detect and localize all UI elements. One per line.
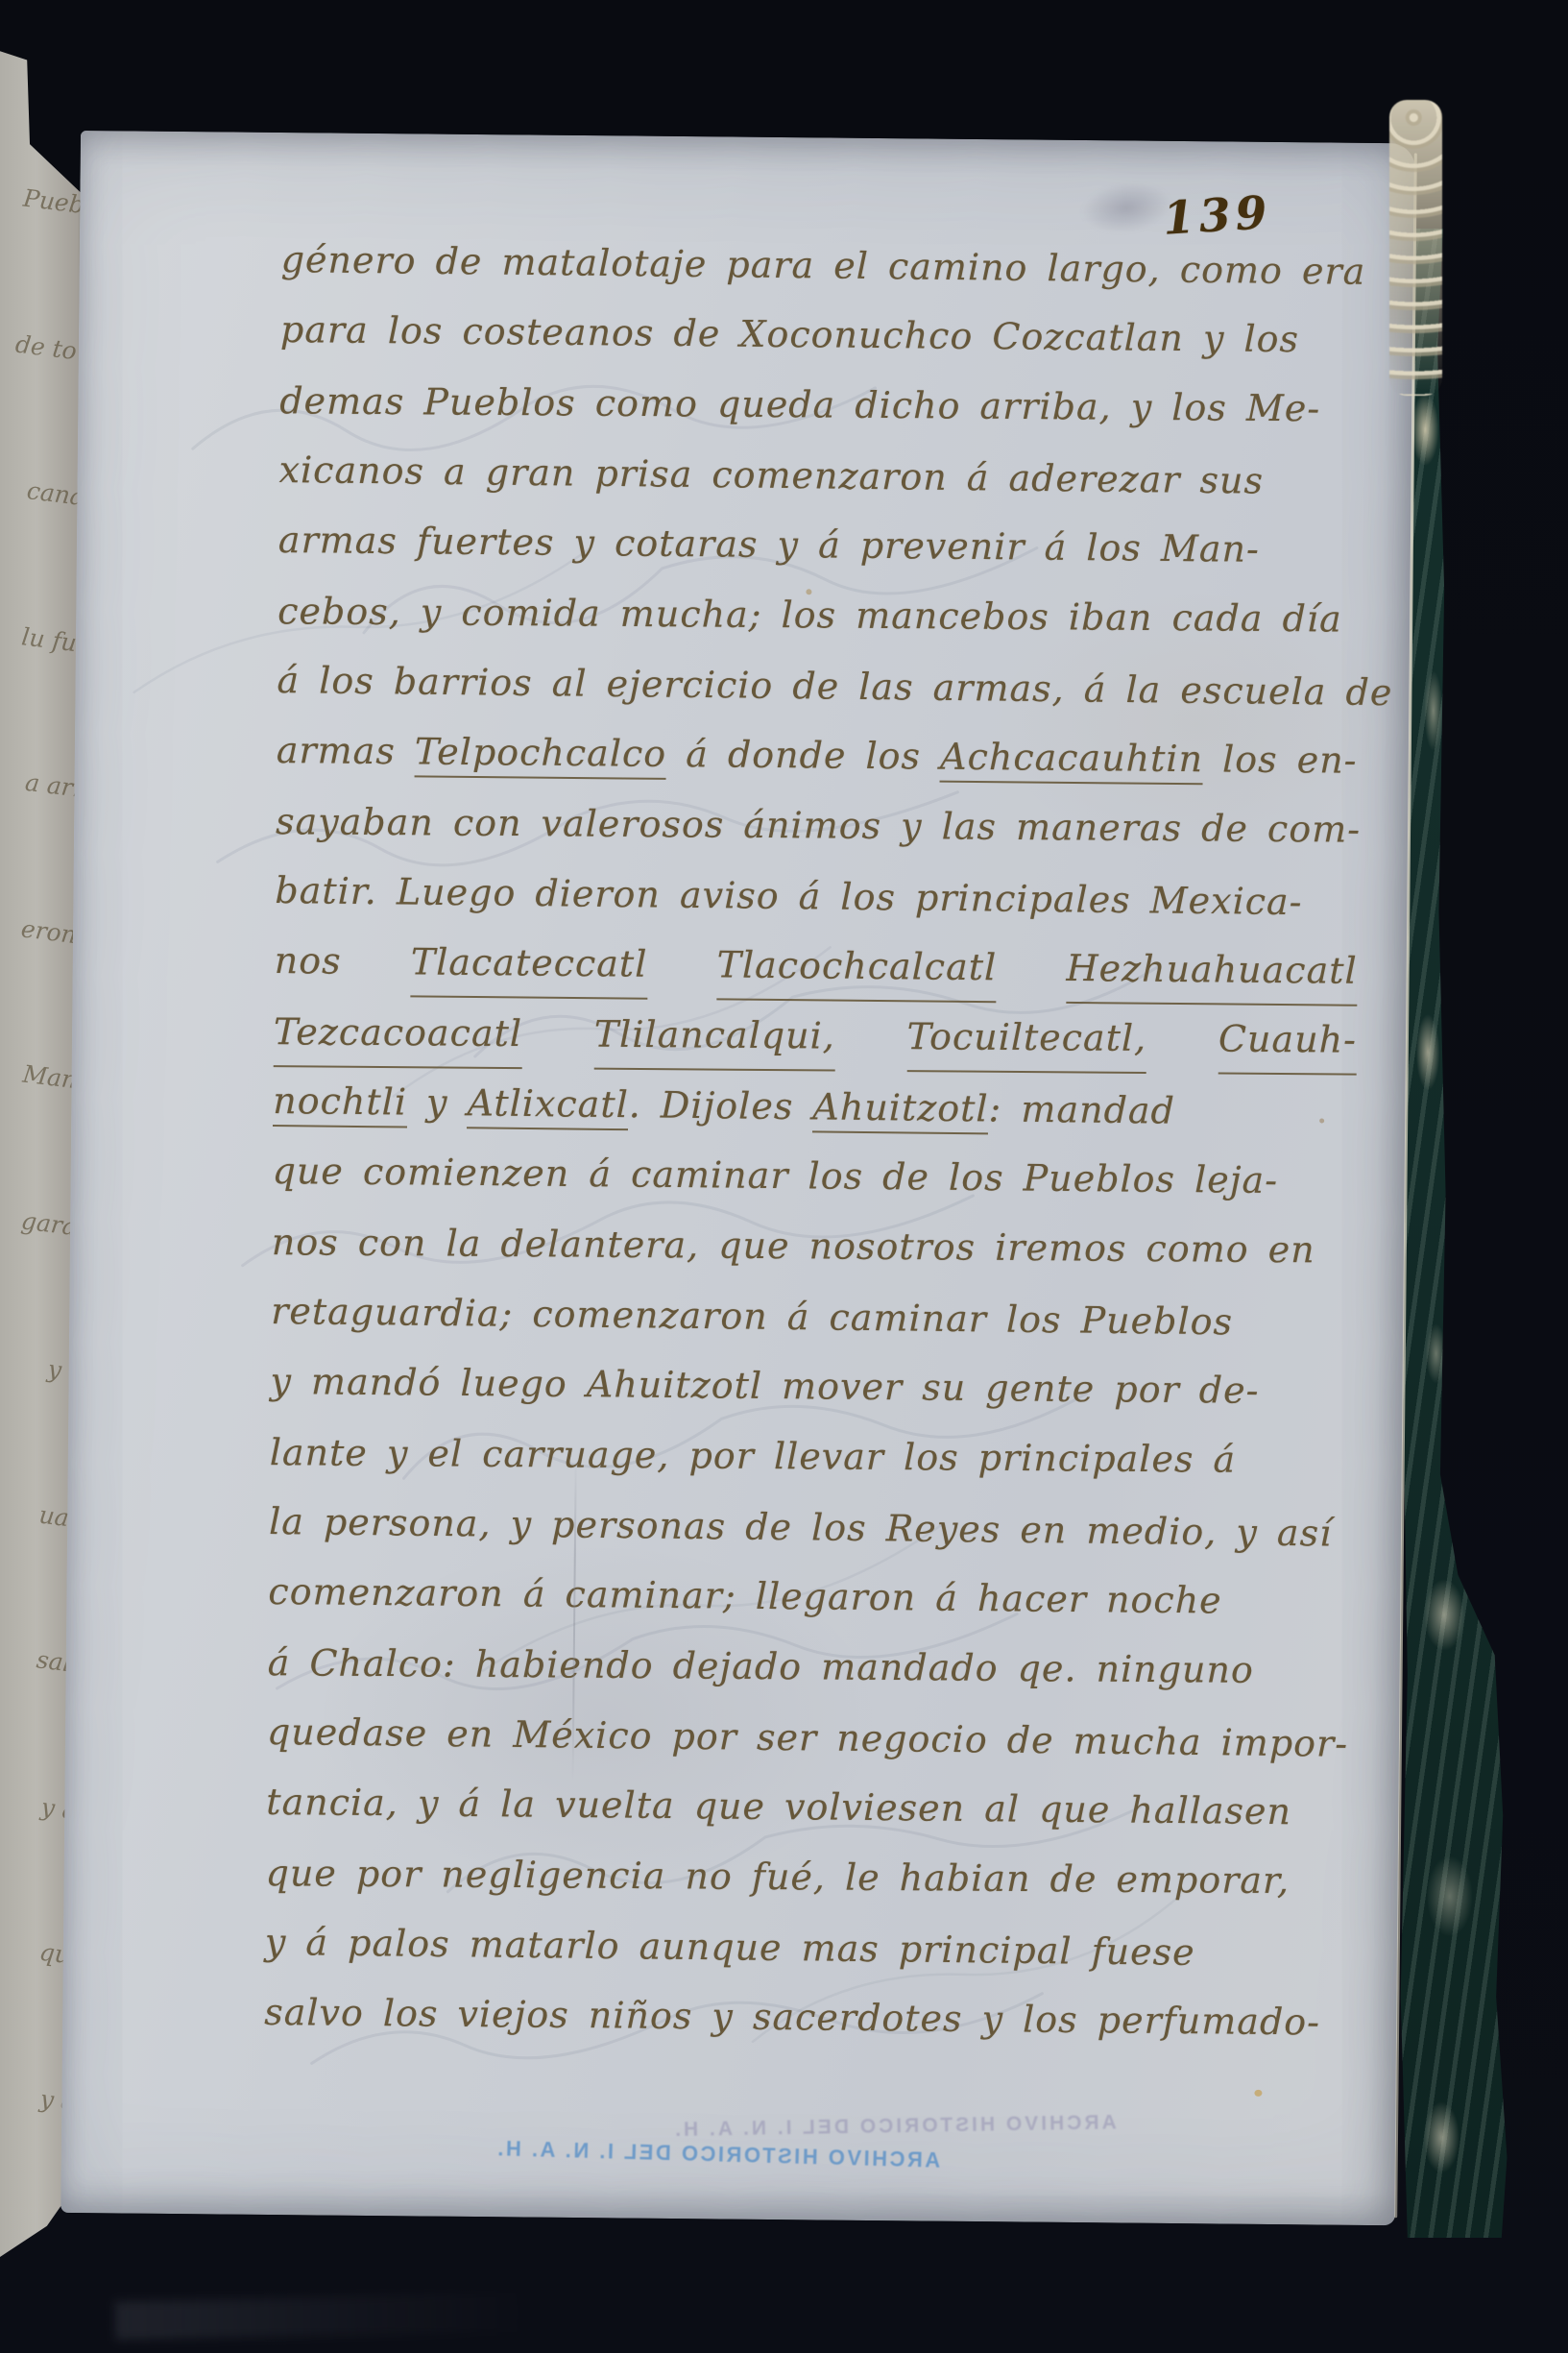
facing-page-text-fragment: a arr [1, 765, 86, 803]
underlined-name: Tlilancalqui, [594, 1000, 836, 1072]
underlined-name: Hezhuahuacatl [1066, 934, 1358, 1007]
manuscript-page: 139 género de matalotaje para el camino … [60, 131, 1415, 2225]
text-segment: tancia, y á la vuelta que volviesen al q… [266, 1781, 1291, 1832]
text-segment: á los barrios al ejercicio de las armas,… [277, 659, 1392, 714]
manuscript-line: TezcacoacatlTlilancalqui,Tocuiltecatl,Cu… [274, 997, 1358, 1075]
underlined-name: Ahuitzotl [812, 1085, 989, 1134]
text-segment: nos con la delantera, que nosotros iremo… [272, 1221, 1315, 1271]
manuscript-line: para los costeanos de Xoconuchco Cozcatl… [280, 295, 1378, 376]
text-segment: : mandad [988, 1087, 1175, 1131]
crossed-out-number-smudge [1077, 177, 1175, 238]
text-segment: salvo los viejos niños y sacerdotes y lo… [264, 1991, 1320, 2044]
facing-page-text-fragment: de to [0, 327, 78, 365]
manuscript-line: y á palos matarlo aunque mas principal f… [264, 1907, 1362, 1990]
manuscript-line: nos con la delantera, que nosotros iremo… [272, 1207, 1369, 1286]
archive-stamp-ghost-impression: ARCHIVO HISTORICO DEL I. N. A. H. [672, 2111, 1117, 2142]
manuscript-line: quedase en México por ser negocio de muc… [267, 1697, 1364, 1780]
text-segment: que por negligencia no fué, le habian de… [265, 1852, 1290, 1902]
manuscript-line: que por negligencia no fué, le habian de… [265, 1838, 1363, 1917]
text-segment: armas [277, 729, 416, 772]
underlined-name: Tezcacoacatl [274, 997, 523, 1069]
facing-page-text-fragment: lu fu [0, 619, 78, 657]
underlined-name: Tocuiltecatl, [906, 1002, 1146, 1074]
text-segment: los en- [1203, 738, 1358, 782]
text-block: género de matalotaje para el camino larg… [264, 225, 1378, 2058]
manuscript-line: lante y el carruage, por llevar los prin… [270, 1418, 1367, 1496]
text-segment: para los costeanos de Xoconuchco Cozcatl… [280, 308, 1299, 360]
manuscript-line: que comienzen á caminar los de los Puebl… [272, 1136, 1369, 1217]
manuscript-line: nosTlacateccatlTlacochcalcatlHezhuahuaca… [274, 926, 1358, 1007]
facing-page-text-fragment: Pueb [1, 182, 86, 219]
manuscript-line: á Chalco: habiendo dejado mandado qe. ni… [267, 1628, 1364, 1707]
text-segment: cebos, y comida mucha; los mancebos iban… [277, 590, 1342, 640]
surface-reflection [115, 2293, 529, 2341]
manuscript-line: cebos, y comida mucha; los mancebos iban… [277, 576, 1375, 655]
text-segment: demas Pueblos como queda dicho arriba, y… [279, 379, 1320, 429]
underlined-name: Atlixcatl [467, 1081, 629, 1130]
underlined-name: Tlacateccatl [411, 927, 648, 999]
text-segment: nos [274, 926, 342, 997]
photo-backdrop: Puebde tocanalu fua arreronMamgaray bual… [0, 0, 1568, 2353]
archive-stamp-bleedthrough: ARCHIVO HISTORICO DEL I. N. A. H. [495, 2136, 941, 2173]
foxing-speck [1319, 1118, 1324, 1123]
underlined-name: Cuauh- [1218, 1005, 1358, 1076]
manuscript-line: retaguardia; comenzaron á caminar los Pu… [271, 1276, 1368, 1359]
manuscript-line: y mandó luego Ahuitzotl mover su gente p… [270, 1346, 1367, 1427]
text-segment: armas fuertes y cotaras y á prevenir á l… [278, 519, 1260, 570]
text-segment: á donde los [666, 733, 940, 778]
manuscript-line: comenzaron á caminar; llegaron á hacer n… [268, 1557, 1365, 1637]
foxing-speck [1254, 2090, 1262, 2097]
underlined-name: nochtli [273, 1079, 407, 1128]
manuscript-line: demas Pueblos como queda dicho arriba, y… [279, 366, 1377, 445]
text-segment: la persona, y personas de los Reyes en m… [269, 1500, 1333, 1555]
text-segment: comenzaron á caminar; llegaron á hacer n… [268, 1570, 1222, 1622]
text-segment: género de matalotaje para el camino larg… [280, 238, 1365, 293]
manuscript-line: género de matalotaje para el camino larg… [280, 225, 1378, 307]
underlined-name: Tlacochcalcatl [716, 930, 997, 1003]
text-segment: . Dijoles [629, 1083, 813, 1128]
text-segment: y [407, 1081, 468, 1125]
manuscript-line: salvo los viejos niños y sacerdotes y lo… [264, 1977, 1362, 2058]
underlined-name: Telpochcalco [415, 730, 667, 780]
manuscript-line: armas fuertes y cotaras y á prevenir á l… [278, 505, 1376, 586]
text-segment: y á palos matarlo aunque mas principal f… [265, 1921, 1195, 1974]
manuscript-line: xicanos a gran prisa comenzaron á aderez… [278, 435, 1376, 518]
text-segment: retaguardia; comenzaron á caminar los Pu… [271, 1290, 1233, 1343]
text-segment: á Chalco: habiendo dejado mandado qe. ni… [268, 1641, 1254, 1691]
text-segment: quedase en México por ser negocio de muc… [267, 1710, 1349, 1765]
manuscript-line: nochtli y Atlixcatl. Dijoles Ahuitzotl: … [273, 1066, 1370, 1149]
foxing-speck [806, 589, 811, 594]
manuscript-line: tancia, y á la vuelta que volviesen al q… [266, 1767, 1363, 1848]
text-segment: xicanos a gran prisa comenzaron á aderez… [278, 449, 1264, 502]
manuscript-line: á los barrios al ejercicio de las armas,… [277, 645, 1374, 728]
text-segment: lante y el carruage, por llevar los prin… [270, 1431, 1237, 1481]
facing-page-text-fragment: gara [0, 1203, 78, 1241]
text-segment: sayaban con valerosos ánimos y las maner… [276, 800, 1361, 850]
text-segment: y mandó luego Ahuitzotl mover su gente p… [270, 1360, 1259, 1412]
facing-page-text-fragment: cana [1, 473, 86, 511]
text-segment: que comienzen á caminar los de los Puebl… [272, 1150, 1278, 1201]
underlined-name: Achcacauhtin [940, 736, 1203, 786]
manuscript-line: sayaban con valerosos ánimos y las maner… [276, 787, 1373, 865]
manuscript-line: armas Telpochcalco á donde los Achcacauh… [276, 716, 1373, 796]
manuscript-line: batir. Luego dieron aviso á los principa… [275, 856, 1372, 938]
manuscript-line: la persona, y personas de los Reyes en m… [269, 1487, 1366, 1569]
binding-threads [1389, 100, 1442, 396]
text-segment: batir. Luego dieron aviso á los principa… [275, 869, 1303, 923]
facing-page-text-fragment: eron [0, 911, 78, 949]
